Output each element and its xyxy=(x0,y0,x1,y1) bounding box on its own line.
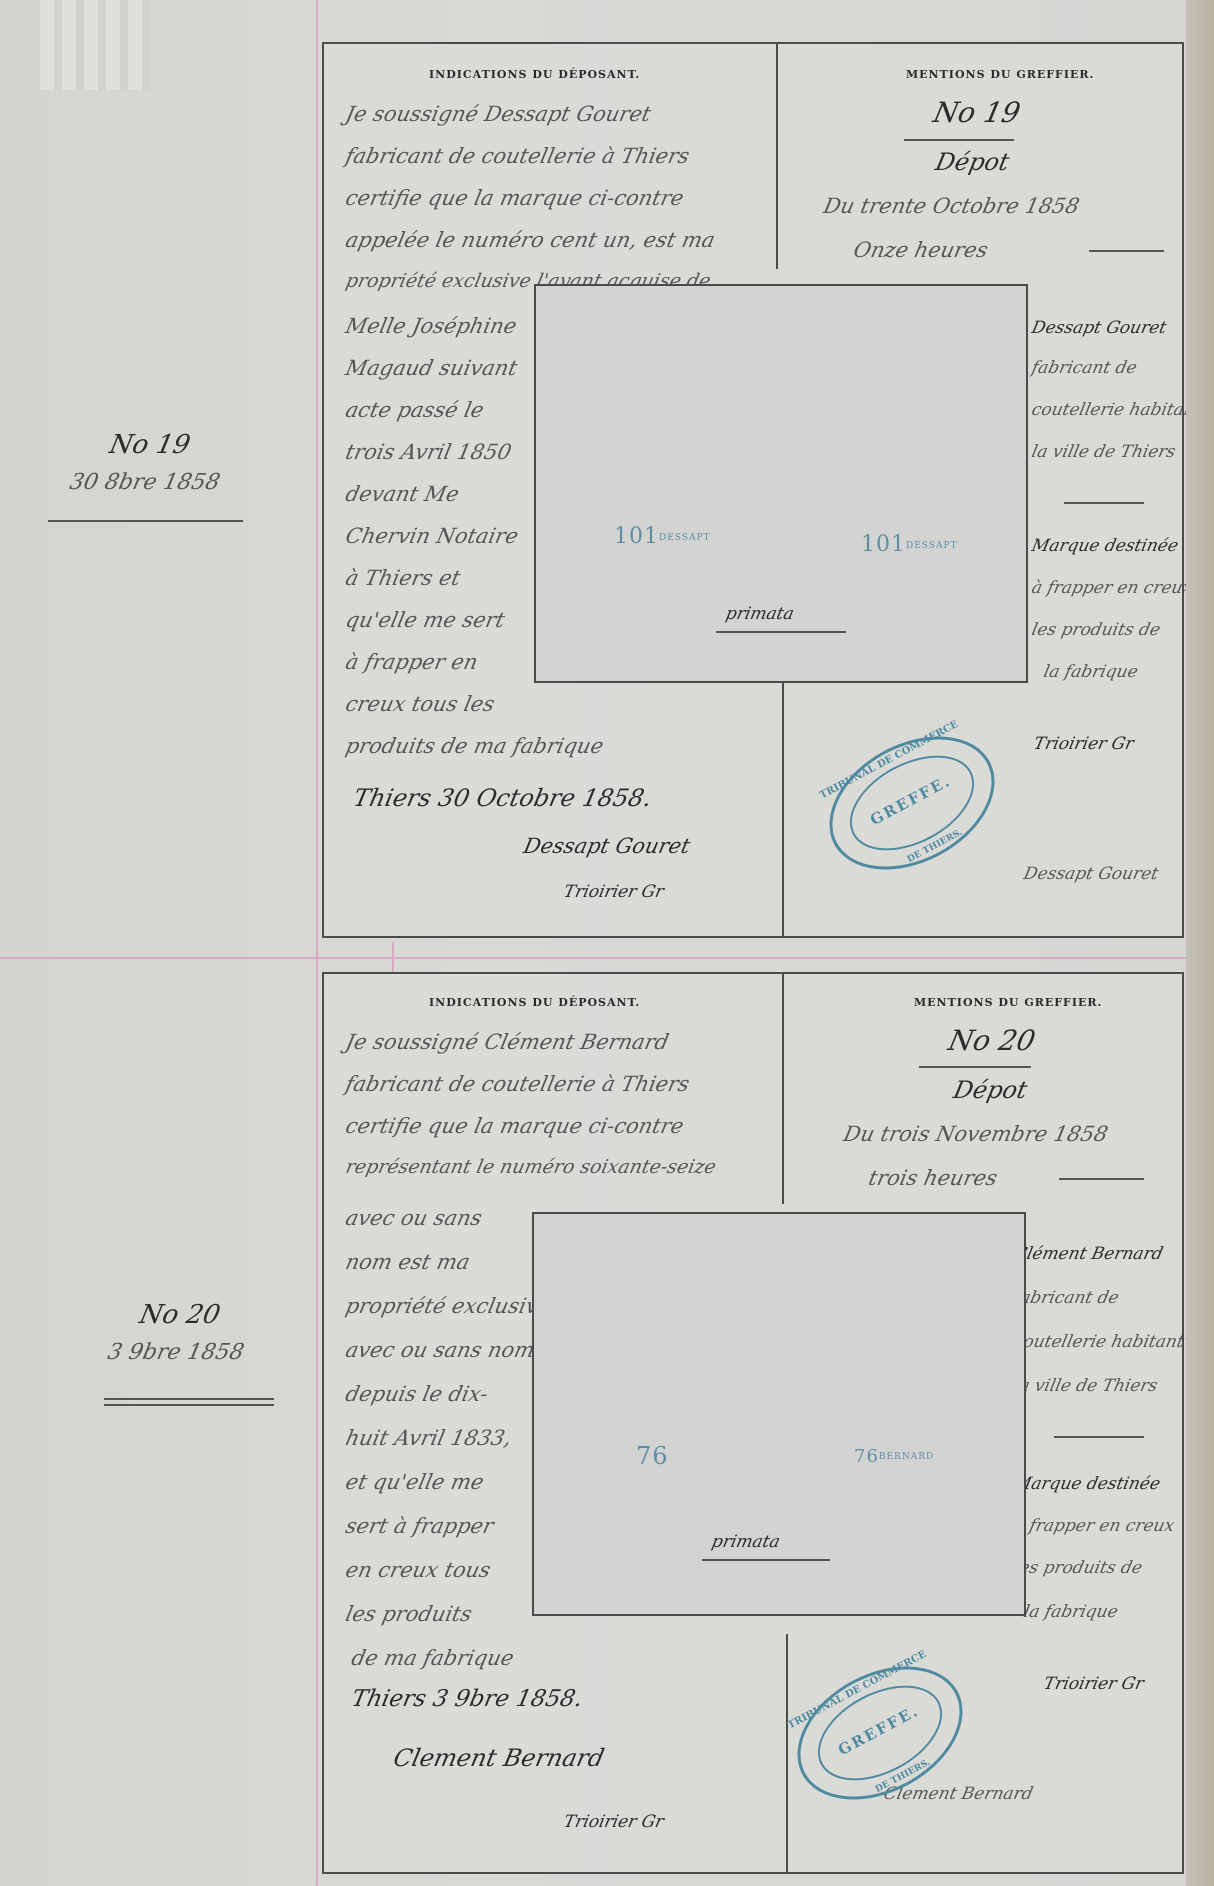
greffier-marque: Marque destinée xyxy=(1030,536,1180,556)
greffier-marque: les produits de xyxy=(1030,620,1162,640)
mark-stamp: 101DESSAPT xyxy=(861,532,958,557)
divider-rule xyxy=(1089,250,1164,252)
margin-rule-vertical xyxy=(316,0,318,1886)
column-header-deposant: INDICATIONS DU DÉPOSANT. xyxy=(429,68,640,81)
deposant-line: appelée le numéro cent un, est ma xyxy=(343,228,717,252)
greffier-marque: à frapper en creux xyxy=(1012,1516,1176,1536)
deposant-line: certifie que la marque ci-contre xyxy=(343,1114,686,1138)
deposant-line: Magaud suivant xyxy=(343,356,519,380)
deposant-line: certifie que la marque ci-contre xyxy=(343,186,686,210)
greffier-description: la ville de Thiers xyxy=(1030,442,1178,462)
greffier-signature: Trioirier Gr xyxy=(1032,734,1136,754)
column-header-deposant: INDICATIONS DU DÉPOSANT. xyxy=(429,996,640,1009)
margin-underline xyxy=(48,520,243,522)
mark-caption: primata xyxy=(710,1532,782,1552)
deposant-line: de ma fabrique xyxy=(349,1646,516,1670)
deposant-line: avec ou sans xyxy=(343,1206,484,1230)
deposant-line: fabricant de coutellerie à Thiers xyxy=(343,1072,691,1096)
deposant-date-line: Thiers 30 Octobre 1858. xyxy=(351,784,654,812)
deposant-line: en creux tous xyxy=(343,1558,492,1582)
greffier-depositor-name: Dessapt Gouret xyxy=(1030,318,1168,338)
deposant-line: Chervin Notaire xyxy=(343,524,520,548)
deposant-line: fabricant de coutellerie à Thiers xyxy=(343,144,691,168)
greffier-depositor-name: Clément Bernard xyxy=(1012,1244,1165,1264)
deposant-line: les produits xyxy=(343,1602,474,1626)
trademark-impression-box: 101DESSAPT 101DESSAPT primata xyxy=(534,284,1028,683)
deposant-line: à frapper en xyxy=(343,650,480,674)
deposant-line: acte passé le xyxy=(343,398,486,422)
column-divider xyxy=(782,974,784,1204)
deposant-line: Je soussigné Dessapt Gouret xyxy=(343,102,653,126)
column-header-greffier: MENTIONS DU GREFFIER. xyxy=(914,996,1102,1009)
margin-rule-tick xyxy=(392,942,394,974)
greffier-marque: les produits de xyxy=(1012,1558,1144,1578)
greffier-marque: la fabrique xyxy=(1022,1602,1120,1622)
greffier-description: la ville de Thiers xyxy=(1012,1376,1160,1396)
margin-number: No 19 xyxy=(107,430,193,460)
deposant-line: depuis le dix- xyxy=(343,1382,490,1406)
greffier-marque: Marque destinée xyxy=(1012,1474,1162,1494)
greffier-description: fabricant de xyxy=(1012,1288,1121,1308)
greffier-signature: Trioirier Gr xyxy=(562,882,666,902)
deposant-line: propriété exclusive xyxy=(343,1294,552,1318)
mark-stamp: 76 xyxy=(636,1442,669,1470)
trademark-impression-box: 76 76BERNARD primata xyxy=(532,1212,1026,1616)
register-entry-20: INDICATIONS DU DÉPOSANT. MENTIONS DU GRE… xyxy=(322,972,1184,1874)
deposant-line: trois Avril 1850 xyxy=(343,440,513,464)
column-divider xyxy=(786,1634,788,1872)
deposant-line: avec ou sans nom xyxy=(343,1338,537,1362)
deposant-line: et qu'elle me xyxy=(343,1470,486,1494)
deposant-date-line: Thiers 3 9bre 1858. xyxy=(349,1686,585,1712)
deposant-line: qu'elle me sert xyxy=(343,608,507,632)
column-divider xyxy=(776,44,778,269)
caption-underline xyxy=(716,631,846,633)
margin-underline xyxy=(104,1398,274,1400)
greffier-description: coutellerie habitant xyxy=(1012,1332,1186,1352)
tribunal-seal-stamp: TRIBUNAL DE COMMERCE GREFFE. DE THIERS. xyxy=(807,710,1018,897)
greffier-description: fabricant de xyxy=(1030,358,1139,378)
deposant-line: à Thiers et xyxy=(343,566,462,590)
deposant-line: nom est ma xyxy=(343,1250,472,1274)
depositor-signature: Dessapt Gouret xyxy=(1022,864,1160,884)
depot-time: Onze heures xyxy=(851,238,990,262)
column-header-greffier: MENTIONS DU GREFFIER. xyxy=(906,68,1094,81)
divider-rule xyxy=(1054,1436,1144,1438)
depositor-signature: Clement Bernard xyxy=(882,1784,1035,1804)
margin-date: 3 9bre 1858 xyxy=(105,1340,246,1365)
greffier-number: No 19 xyxy=(930,96,1023,129)
depot-time: trois heures xyxy=(866,1166,999,1190)
caption-underline xyxy=(702,1559,830,1561)
deposant-line: devant Me xyxy=(343,482,461,506)
register-entry-19: INDICATIONS DU DÉPOSANT. MENTIONS DU GRE… xyxy=(322,42,1184,938)
book-binding-edge xyxy=(1186,0,1214,1886)
depot-title: Dépot xyxy=(933,148,1012,176)
greffier-signature: Trioirier Gr xyxy=(562,1812,666,1832)
deposant-line: produits de ma fabrique xyxy=(343,734,605,758)
deposant-line: Je soussigné Clément Bernard xyxy=(343,1030,671,1054)
scan-artifact xyxy=(40,0,150,90)
greffier-marque: à frapper en creux xyxy=(1030,578,1194,598)
deposant-line: représentant le numéro soixante-seize xyxy=(344,1156,718,1178)
margin-date: 30 8bre 1858 xyxy=(67,470,222,495)
mark-stamp: 101DESSAPT xyxy=(614,524,711,549)
depositor-signature: Dessapt Gouret xyxy=(521,834,692,858)
divider-rule xyxy=(1059,1178,1144,1180)
greffier-number: No 20 xyxy=(945,1024,1038,1057)
depot-date: Du trente Octobre 1858 xyxy=(821,194,1081,218)
depot-date: Du trois Novembre 1858 xyxy=(841,1122,1110,1146)
depositor-signature: Clement Bernard xyxy=(391,1744,607,1772)
greffier-marque: la fabrique xyxy=(1042,662,1140,682)
margin-number: No 20 xyxy=(137,1300,223,1330)
deposant-line: sert à frapper xyxy=(343,1514,495,1538)
mark-caption: primata xyxy=(724,604,796,624)
number-underline xyxy=(904,139,1014,141)
column-divider xyxy=(782,679,784,936)
deposant-line: Melle Joséphine xyxy=(343,314,518,338)
mark-stamp: 76BERNARD xyxy=(854,1446,934,1467)
divider-rule xyxy=(1064,502,1144,504)
number-underline xyxy=(919,1066,1031,1068)
depot-title: Dépot xyxy=(951,1076,1030,1104)
greffier-description: coutellerie habitant xyxy=(1030,400,1204,420)
margin-underline xyxy=(104,1404,274,1406)
margin-rule-horizontal xyxy=(0,957,1190,959)
register-page: No 19 30 8bre 1858 No 20 3 9bre 1858 IND… xyxy=(0,0,1190,1886)
greffier-signature: Trioirier Gr xyxy=(1042,1674,1146,1694)
deposant-line: huit Avril 1833, xyxy=(343,1426,513,1450)
deposant-line: creux tous les xyxy=(343,692,496,716)
